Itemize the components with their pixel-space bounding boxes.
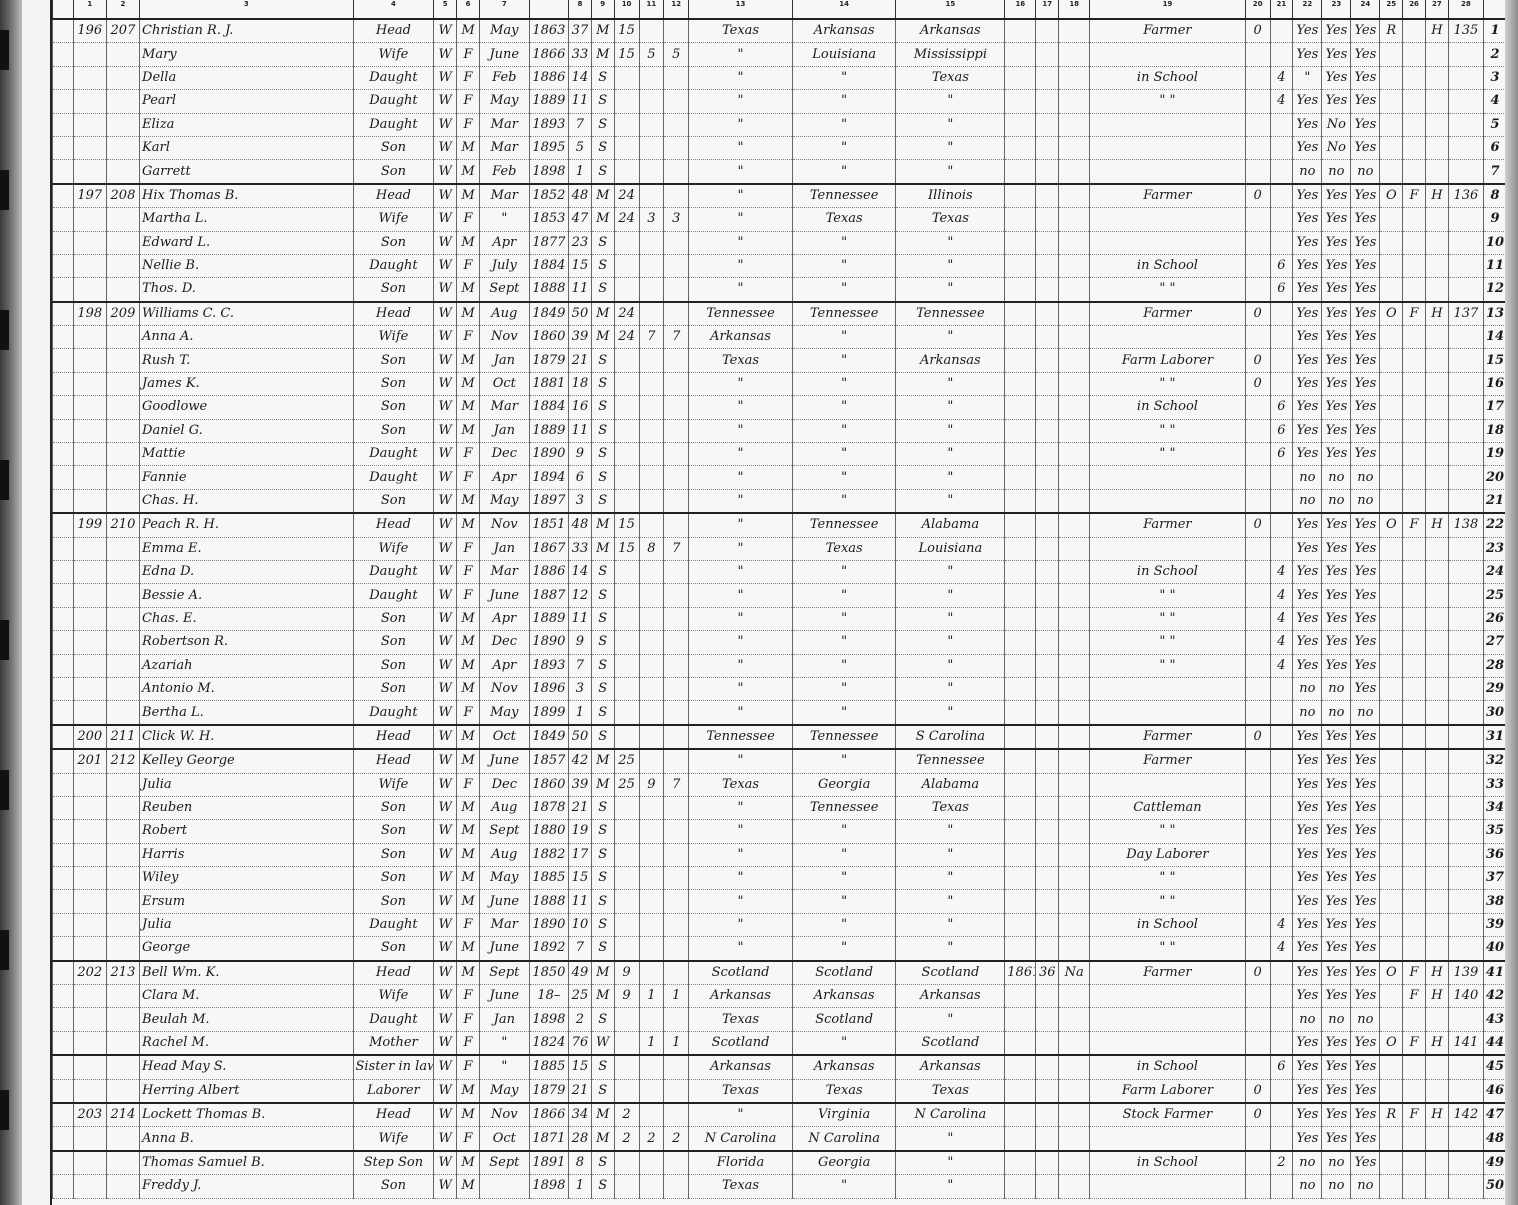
children-born-cell [639, 489, 664, 513]
father-birthplace-cell: " [792, 160, 896, 184]
dwelling-number-cell [73, 1055, 106, 1079]
occupation-cell: Day Laborer [1090, 843, 1245, 866]
dwelling-number-cell [73, 1079, 106, 1103]
school-months-cell [1270, 537, 1293, 560]
owned-or-rented-cell [1380, 443, 1403, 466]
blank-cell [53, 302, 74, 326]
relationship-cell: Son [353, 607, 434, 630]
children-born-cell [639, 843, 664, 866]
naturalization-cell [1059, 1127, 1090, 1151]
occupation-cell: Farm Laborer [1090, 1079, 1245, 1103]
father-birthplace-cell: " [792, 607, 896, 630]
person-name-cell: George [140, 937, 353, 961]
marital-status-cell: S [591, 913, 614, 936]
color-race-cell: W [434, 560, 457, 583]
immigration-year-cell [1005, 1151, 1036, 1175]
marital-status-cell: S [591, 937, 614, 961]
years-in-us-cell [1036, 208, 1059, 231]
naturalization-cell [1059, 466, 1090, 489]
father-birthplace-cell: " [792, 937, 896, 961]
years-in-us-cell [1036, 820, 1059, 843]
months-unemployed-cell [1245, 489, 1270, 513]
marital-status-cell: M [591, 43, 614, 66]
farm-schedule-number-cell [1448, 913, 1483, 936]
census-row: James K.SonWMOct188118S"""" "0YesYesYes1… [53, 372, 1507, 395]
immigration-year-cell [1005, 937, 1036, 961]
children-born-cell [639, 607, 664, 630]
school-months-cell [1270, 489, 1293, 513]
color-race-cell: W [434, 19, 457, 43]
census-row: ReubenSonWMAug187821S"TennesseeTexasCatt… [53, 796, 1507, 819]
col-header: 6 [457, 0, 480, 19]
years-in-us-cell [1036, 1151, 1059, 1175]
line-number-cell: 19 [1484, 443, 1507, 466]
color-race-cell: W [434, 1175, 457, 1198]
family-number-cell [106, 631, 139, 654]
years-married-cell: 24 [614, 184, 639, 208]
occupation-cell [1090, 208, 1245, 231]
census-row: Thomas Samuel B.Step SonWMSept18918SFlor… [53, 1151, 1507, 1175]
children-born-cell [639, 701, 664, 725]
school-months-cell: 6 [1270, 396, 1293, 419]
can-read-cell: Yes [1293, 843, 1322, 866]
person-name-cell: Goodlowe [140, 396, 353, 419]
immigration-year-cell [1005, 867, 1036, 890]
family-number-cell [106, 937, 139, 961]
farm-schedule-number-cell: 139 [1448, 961, 1483, 985]
immigration-year-cell [1005, 773, 1036, 796]
line-number-cell: 16 [1484, 372, 1507, 395]
can-read-cell: Yes [1293, 1031, 1322, 1055]
naturalization-cell [1059, 513, 1090, 537]
birth-month-cell: June [479, 749, 529, 773]
blank-cell [53, 396, 74, 419]
birth-year-cell: 1889 [529, 90, 568, 113]
marital-status-cell: S [591, 584, 614, 607]
can-write-cell: Yes [1322, 1103, 1351, 1127]
years-in-us-cell [1036, 985, 1059, 1008]
months-unemployed-cell: 0 [1245, 513, 1270, 537]
can-read-cell: Yes [1293, 372, 1322, 395]
owned-or-rented-cell [1380, 43, 1403, 66]
owned-or-rented-cell [1380, 773, 1403, 796]
birth-year-cell: 1897 [529, 489, 568, 513]
birth-month-cell: Dec [479, 443, 529, 466]
farm-schedule-number-cell [1448, 701, 1483, 725]
months-unemployed-cell: 0 [1245, 1103, 1270, 1127]
dwelling-number-cell [73, 136, 106, 159]
years-married-cell: 24 [614, 326, 639, 349]
occupation-cell: " " [1090, 443, 1245, 466]
farm-schedule-number-cell [1448, 867, 1483, 890]
months-unemployed-cell [1245, 867, 1270, 890]
father-birthplace-cell: Scotland [792, 1008, 896, 1031]
years-in-us-cell [1036, 372, 1059, 395]
occupation-cell: " " [1090, 278, 1245, 302]
years-married-cell: 9 [614, 985, 639, 1008]
can-write-cell: Yes [1322, 937, 1351, 961]
mother-birthplace-cell: Alabama [896, 513, 1005, 537]
dwelling-number-cell [73, 796, 106, 819]
sex-cell: F [457, 466, 480, 489]
census-row: GoodloweSonWMMar188416S"""in School6YesY… [53, 396, 1507, 419]
years-married-cell [614, 231, 639, 254]
sex-cell: F [457, 1055, 480, 1079]
age-cell: 6 [569, 466, 592, 489]
birth-year-cell: 1899 [529, 701, 568, 725]
marital-status-cell: S [591, 725, 614, 749]
years-married-cell [614, 136, 639, 159]
children-living-cell [664, 725, 689, 749]
film-margin-marks [0, 0, 22, 1205]
dwelling-number-cell: 200 [73, 725, 106, 749]
speaks-english-cell: Yes [1351, 419, 1380, 442]
census-row: GarrettSonWMFeb18981S"""nonono7 [53, 160, 1507, 184]
school-months-cell [1270, 820, 1293, 843]
birthplace-cell: " [689, 843, 793, 866]
birth-year-cell: 18– [529, 985, 568, 1008]
sex-cell: M [457, 136, 480, 159]
census-row: Anna B.WifeWFOct187128M222N CarolinaN Ca… [53, 1127, 1507, 1151]
col-header: 24 [1351, 0, 1380, 19]
sex-cell: F [457, 1127, 480, 1151]
dwelling-number-cell [73, 231, 106, 254]
family-number-cell: 213 [106, 961, 139, 985]
sex-cell: M [457, 1151, 480, 1175]
occupation-cell [1090, 113, 1245, 136]
marital-status-cell: S [591, 231, 614, 254]
naturalization-cell [1059, 1055, 1090, 1079]
speaks-english-cell: Yes [1351, 66, 1380, 89]
birth-month-cell: Dec [479, 631, 529, 654]
speaks-english-cell: Yes [1351, 1151, 1380, 1175]
line-number-cell: 28 [1484, 654, 1507, 677]
relationship-cell: Daught [353, 113, 434, 136]
school-months-cell [1270, 1079, 1293, 1103]
census-row: JuliaDaughtWFMar189010S"""in School4YesY… [53, 913, 1507, 936]
age-cell: 9 [569, 631, 592, 654]
naturalization-cell [1059, 326, 1090, 349]
dwelling-number-cell [73, 1151, 106, 1175]
owned-or-rented-cell [1380, 160, 1403, 184]
birthplace-cell: Arkansas [689, 1055, 793, 1079]
immigration-year-cell [1005, 607, 1036, 630]
relationship-cell: Wife [353, 43, 434, 66]
immigration-year-cell [1005, 113, 1036, 136]
naturalization-cell [1059, 537, 1090, 560]
owned-or-rented-cell [1380, 208, 1403, 231]
blank-cell [53, 654, 74, 677]
can-write-cell: no [1322, 701, 1351, 725]
person-name-cell: Peach R. H. [140, 513, 353, 537]
col-header: 1 [73, 0, 106, 19]
age-cell: 18 [569, 372, 592, 395]
mother-birthplace-cell: " [896, 1175, 1005, 1198]
col-header: 11 [639, 0, 664, 19]
naturalization-cell [1059, 1079, 1090, 1103]
naturalization-cell [1059, 1031, 1090, 1055]
years-in-us-cell [1036, 796, 1059, 819]
marital-status-cell: S [591, 419, 614, 442]
sex-cell: M [457, 796, 480, 819]
occupation-cell: Stock Farmer [1090, 1103, 1245, 1127]
school-months-cell [1270, 725, 1293, 749]
marital-status-cell: S [591, 278, 614, 302]
farm-or-house-cell [1425, 113, 1448, 136]
school-months-cell: 4 [1270, 937, 1293, 961]
birthplace-cell: " [689, 113, 793, 136]
birthplace-cell: Scotland [689, 961, 793, 985]
years-married-cell [614, 396, 639, 419]
birthplace-cell: " [689, 820, 793, 843]
sex-cell: M [457, 961, 480, 985]
mother-birthplace-cell: Arkansas [896, 985, 1005, 1008]
years-in-us-cell [1036, 773, 1059, 796]
owned-free-or-mortgaged-cell [1403, 820, 1426, 843]
owned-or-rented-cell [1380, 796, 1403, 819]
owned-or-rented-cell [1380, 349, 1403, 372]
father-birthplace-cell: Tennessee [792, 725, 896, 749]
owned-or-rented-cell [1380, 937, 1403, 961]
children-living-cell [664, 513, 689, 537]
marital-status-cell: S [591, 443, 614, 466]
farm-or-house-cell [1425, 1127, 1448, 1151]
family-number-cell [106, 1151, 139, 1175]
mother-birthplace-cell: " [896, 90, 1005, 113]
mother-birthplace-cell: Scotland [896, 961, 1005, 985]
person-name-cell: Head May S. [140, 1055, 353, 1079]
dwelling-number-cell [73, 1031, 106, 1055]
color-race-cell: W [434, 985, 457, 1008]
farm-schedule-number-cell [1448, 1055, 1483, 1079]
family-number-cell [106, 607, 139, 630]
immigration-year-cell: 1861 [1005, 961, 1036, 985]
census-row: Thos. D.SonWMSept188811S"""" "6YesYesYes… [53, 278, 1507, 302]
owned-free-or-mortgaged-cell [1403, 677, 1426, 700]
months-unemployed-cell [1245, 208, 1270, 231]
person-name-cell: Anna B. [140, 1127, 353, 1151]
marital-status-cell: S [591, 701, 614, 725]
birthplace-cell: " [689, 489, 793, 513]
immigration-year-cell [1005, 843, 1036, 866]
can-read-cell: Yes [1293, 961, 1322, 985]
can-read-cell: Yes [1293, 584, 1322, 607]
can-write-cell: No [1322, 113, 1351, 136]
years-in-us-cell [1036, 890, 1059, 913]
age-cell: 50 [569, 725, 592, 749]
immigration-year-cell [1005, 43, 1036, 66]
children-born-cell [639, 913, 664, 936]
school-months-cell [1270, 466, 1293, 489]
can-write-cell: Yes [1322, 820, 1351, 843]
birth-year-cell: 1850 [529, 961, 568, 985]
years-in-us-cell [1036, 537, 1059, 560]
school-months-cell [1270, 184, 1293, 208]
children-born-cell [639, 1055, 664, 1079]
birth-year-cell: 1849 [529, 302, 568, 326]
can-read-cell: no [1293, 466, 1322, 489]
farm-or-house-cell [1425, 372, 1448, 395]
years-in-us-cell [1036, 466, 1059, 489]
years-married-cell [614, 1175, 639, 1198]
dwelling-number-cell [73, 43, 106, 66]
sex-cell: M [457, 1079, 480, 1103]
naturalization-cell [1059, 43, 1090, 66]
blank-cell [53, 443, 74, 466]
owned-free-or-mortgaged-cell [1403, 867, 1426, 890]
months-unemployed-cell [1245, 820, 1270, 843]
can-read-cell: Yes [1293, 913, 1322, 936]
birthplace-cell: Tennessee [689, 725, 793, 749]
years-in-us-cell [1036, 302, 1059, 326]
birth-year-cell: 1853 [529, 208, 568, 231]
farm-schedule-number-cell [1448, 66, 1483, 89]
dwelling-number-cell [73, 913, 106, 936]
months-unemployed-cell [1245, 1175, 1270, 1198]
speaks-english-cell: Yes [1351, 890, 1380, 913]
school-months-cell [1270, 677, 1293, 700]
occupation-cell: Farmer [1090, 725, 1245, 749]
census-row: Daniel G.SonWMJan188911S"""" "6YesYesYes… [53, 419, 1507, 442]
months-unemployed-cell [1245, 1127, 1270, 1151]
dwelling-number-cell [73, 701, 106, 725]
farm-or-house-cell [1425, 1151, 1448, 1175]
speaks-english-cell: Yes [1351, 607, 1380, 630]
months-unemployed-cell [1245, 607, 1270, 630]
census-row: RobertSonWMSept188019S"""" "YesYesYes35 [53, 820, 1507, 843]
children-born-cell [639, 820, 664, 843]
owned-free-or-mortgaged-cell [1403, 113, 1426, 136]
speaks-english-cell: Yes [1351, 677, 1380, 700]
marital-status-cell: M [591, 985, 614, 1008]
years-in-us-cell [1036, 584, 1059, 607]
birth-month-cell: June [479, 43, 529, 66]
farm-or-house-cell [1425, 1175, 1448, 1198]
naturalization-cell [1059, 66, 1090, 89]
children-living-cell [664, 796, 689, 819]
immigration-year-cell [1005, 19, 1036, 43]
children-living-cell [664, 1079, 689, 1103]
can-read-cell: Yes [1293, 820, 1322, 843]
months-unemployed-cell [1245, 560, 1270, 583]
census-row: 202213Bell Wm. K.HeadWMSept185049M9Scotl… [53, 961, 1507, 985]
owned-or-rented-cell [1380, 867, 1403, 890]
years-in-us-cell [1036, 184, 1059, 208]
years-married-cell: 2 [614, 1127, 639, 1151]
census-row: 200211Click W. H.HeadWMOct184950STenness… [53, 725, 1507, 749]
sex-cell: M [457, 278, 480, 302]
color-race-cell: W [434, 867, 457, 890]
birth-year-cell: 1888 [529, 890, 568, 913]
census-row: HarrisSonWMAug188217S"""Day LaborerYesYe… [53, 843, 1507, 866]
years-in-us-cell [1036, 677, 1059, 700]
immigration-year-cell [1005, 396, 1036, 419]
children-born-cell [639, 560, 664, 583]
can-read-cell: Yes [1293, 749, 1322, 773]
farm-or-house-cell [1425, 208, 1448, 231]
can-read-cell: Yes [1293, 419, 1322, 442]
years-married-cell: 24 [614, 302, 639, 326]
speaks-english-cell: Yes [1351, 913, 1380, 936]
children-born-cell [639, 396, 664, 419]
children-born-cell [639, 961, 664, 985]
months-unemployed-cell: 0 [1245, 302, 1270, 326]
line-number-cell: 18 [1484, 419, 1507, 442]
children-living-cell [664, 843, 689, 866]
children-living-cell [664, 184, 689, 208]
person-name-cell: Bell Wm. K. [140, 961, 353, 985]
family-number-cell [106, 231, 139, 254]
birth-month-cell: June [479, 985, 529, 1008]
birth-month-cell: Mar [479, 396, 529, 419]
marital-status-cell: S [591, 372, 614, 395]
dwelling-number-cell [73, 820, 106, 843]
birth-year-cell: 1882 [529, 843, 568, 866]
age-cell: 3 [569, 677, 592, 700]
years-married-cell [614, 113, 639, 136]
family-number-cell [106, 677, 139, 700]
blank-cell [53, 961, 74, 985]
person-name-cell: Martha L. [140, 208, 353, 231]
father-birthplace-cell: Tennessee [792, 302, 896, 326]
age-cell: 5 [569, 136, 592, 159]
person-name-cell: Emma E. [140, 537, 353, 560]
speaks-english-cell: Yes [1351, 985, 1380, 1008]
blank-cell [53, 537, 74, 560]
relationship-cell: Son [353, 796, 434, 819]
school-months-cell [1270, 843, 1293, 866]
family-number-cell [106, 278, 139, 302]
birthplace-cell: " [689, 278, 793, 302]
children-living-cell [664, 113, 689, 136]
owned-or-rented-cell [1380, 631, 1403, 654]
children-born-cell [639, 231, 664, 254]
speaks-english-cell: Yes [1351, 937, 1380, 961]
dwelling-number-cell [73, 890, 106, 913]
person-name-cell: Bertha L. [140, 701, 353, 725]
birthplace-cell: " [689, 890, 793, 913]
dwelling-number-cell [73, 419, 106, 442]
children-living-cell [664, 372, 689, 395]
naturalization-cell [1059, 1008, 1090, 1031]
sex-cell: M [457, 937, 480, 961]
occupation-cell: " " [1090, 937, 1245, 961]
can-read-cell: Yes [1293, 631, 1322, 654]
immigration-year-cell [1005, 1103, 1036, 1127]
dwelling-number-cell [73, 113, 106, 136]
years-in-us-cell [1036, 90, 1059, 113]
can-write-cell: Yes [1322, 913, 1351, 936]
school-months-cell [1270, 796, 1293, 819]
birthplace-cell: " [689, 419, 793, 442]
immigration-year-cell [1005, 1079, 1036, 1103]
census-row: 197208Hix Thomas B.HeadWMMar185248M24"Te… [53, 184, 1507, 208]
school-months-cell: 4 [1270, 584, 1293, 607]
birth-month-cell: June [479, 890, 529, 913]
relationship-cell: Son [353, 372, 434, 395]
birth-month-cell: " [479, 208, 529, 231]
months-unemployed-cell [1245, 160, 1270, 184]
years-married-cell [614, 372, 639, 395]
father-birthplace-cell: " [792, 584, 896, 607]
children-living-cell [664, 749, 689, 773]
relationship-cell: Head [353, 184, 434, 208]
father-birthplace-cell: " [792, 820, 896, 843]
naturalization-cell [1059, 396, 1090, 419]
marital-status-cell: S [591, 466, 614, 489]
owned-or-rented-cell [1380, 537, 1403, 560]
farm-or-house-cell [1425, 419, 1448, 442]
